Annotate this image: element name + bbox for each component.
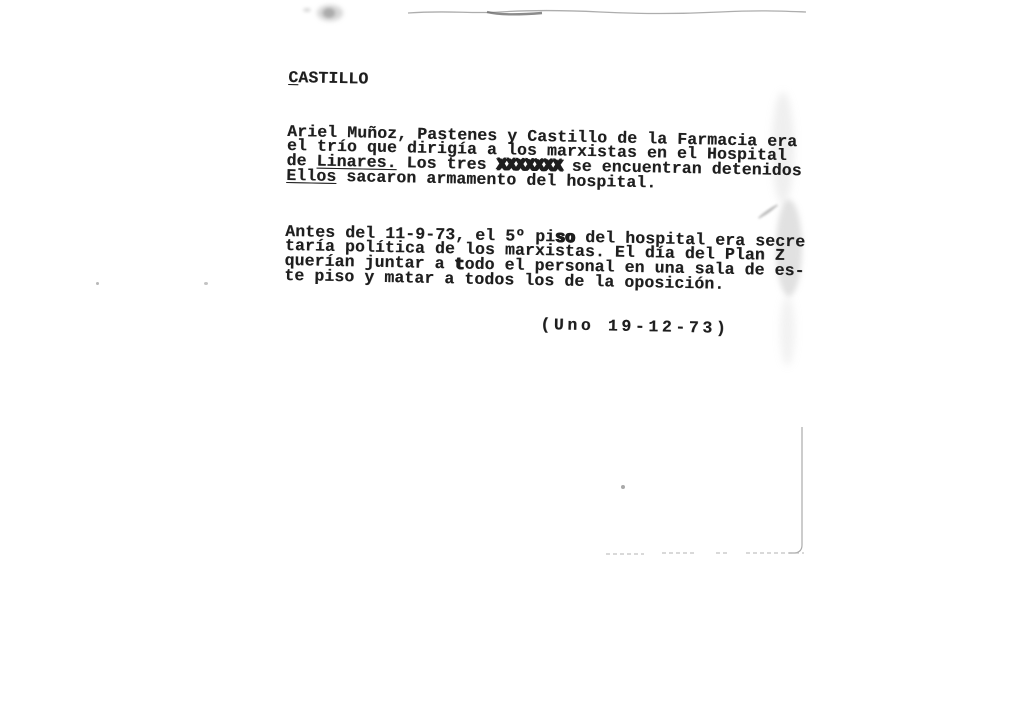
attribution-text: (Uno 19-12-73) [540,315,729,338]
card-bottom-edge-dots [606,553,804,554]
paper-speck [204,282,208,285]
title-rest: ASTILLO [298,69,368,89]
card-right-edge-line [789,427,802,553]
document-title: CASTILLO [288,71,848,97]
paper-speck [96,282,99,285]
typed-text-block: CASTILLO Ariel Muñoz, Pastenes y Castill… [283,42,849,368]
paragraph-2: Antes del 11-9-73, el 5º piso del hospit… [284,225,845,295]
paper-speck [621,485,625,489]
paragraph-1: Ariel Muñoz, Pastenes y Castillo de la F… [286,124,847,194]
segment-underline: Ellos [286,166,336,186]
attribution-line: (Uno 19-12-73) [540,318,843,339]
card-top-edge-dark-knot [487,12,542,14]
title-first-letter: C [288,68,298,87]
card-top-edge-line [408,11,806,14]
scan-page: CASTILLO Ariel Muñoz, Pastenes y Castill… [0,0,1012,717]
